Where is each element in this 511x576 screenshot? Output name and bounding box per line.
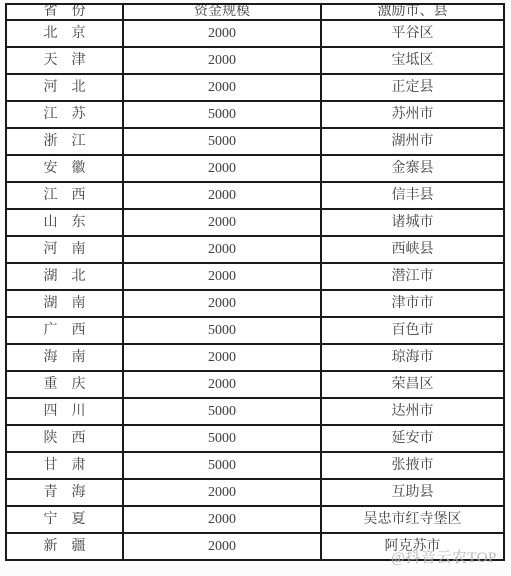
- province-cell: 河 南: [6, 236, 123, 263]
- amount-cell: 2000: [123, 209, 321, 236]
- table-row: 四 川5000达州市: [6, 398, 504, 425]
- table-row: 甘 肃5000张掖市: [6, 452, 504, 479]
- province-cell: 山 东: [6, 209, 123, 236]
- amount-cell: 5000: [123, 101, 321, 128]
- amount-cell: 2000: [123, 155, 321, 182]
- region-cell: 吴忠市红寺堡区: [321, 506, 504, 533]
- amount-cell: 2000: [123, 47, 321, 74]
- province-cell: 安 徽: [6, 155, 123, 182]
- amount-cell: 2000: [123, 479, 321, 506]
- amount-cell: 2000: [123, 290, 321, 317]
- table-row: 江 苏5000苏州市: [6, 101, 504, 128]
- amount-cell: 2000: [123, 371, 321, 398]
- header-amount: 资金规模: [123, 4, 321, 20]
- region-cell: 潜江市: [321, 263, 504, 290]
- table-row: 新 疆2000阿克苏市: [6, 533, 504, 560]
- province-cell: 甘 肃: [6, 452, 123, 479]
- province-cell: 重 庆: [6, 371, 123, 398]
- amount-cell: 2000: [123, 74, 321, 101]
- amount-cell: 2000: [123, 344, 321, 371]
- region-cell: 百色市: [321, 317, 504, 344]
- region-cell: 琼海市: [321, 344, 504, 371]
- amount-cell: 5000: [123, 452, 321, 479]
- table-row: 天 津2000宝坻区: [6, 47, 504, 74]
- province-cell: 海 南: [6, 344, 123, 371]
- table-row: 北 京2000平谷区: [6, 20, 504, 47]
- amount-cell: 2000: [123, 182, 321, 209]
- table-row: 山 东2000诸城市: [6, 209, 504, 236]
- province-cell: 湖 南: [6, 290, 123, 317]
- region-cell: 诸城市: [321, 209, 504, 236]
- region-cell: 达州市: [321, 398, 504, 425]
- table-row: 湖 北2000潜江市: [6, 263, 504, 290]
- province-cell: 北 京: [6, 20, 123, 47]
- table-row: 江 西2000信丰县: [6, 182, 504, 209]
- province-cell: 江 西: [6, 182, 123, 209]
- header-row: 省 份 资金规模 激励市、县: [6, 4, 504, 20]
- table-row: 广 西5000百色市: [6, 317, 504, 344]
- region-cell: 阿克苏市: [321, 533, 504, 560]
- region-cell: 苏州市: [321, 101, 504, 128]
- table-row: 河 南2000西峡县: [6, 236, 504, 263]
- amount-cell: 5000: [123, 317, 321, 344]
- province-cell: 宁 夏: [6, 506, 123, 533]
- table-row: 重 庆2000荣昌区: [6, 371, 504, 398]
- region-cell: 荣昌区: [321, 371, 504, 398]
- region-cell: 金寨县: [321, 155, 504, 182]
- header-region: 激励市、县: [321, 4, 504, 20]
- amount-cell: 5000: [123, 128, 321, 155]
- amount-cell: 2000: [123, 533, 321, 560]
- province-cell: 陕 西: [6, 425, 123, 452]
- table-row: 陕 西5000延安市: [6, 425, 504, 452]
- province-cell: 湖 北: [6, 263, 123, 290]
- region-cell: 平谷区: [321, 20, 504, 47]
- province-cell: 江 苏: [6, 101, 123, 128]
- page: 省 份 资金规模 激励市、县 北 京2000平谷区天 津2000宝坻区河 北20…: [0, 0, 511, 576]
- region-cell: 正定县: [321, 74, 504, 101]
- table-row: 河 北2000正定县: [6, 74, 504, 101]
- province-cell: 四 川: [6, 398, 123, 425]
- header-province: 省 份: [6, 4, 123, 20]
- province-cell: 天 津: [6, 47, 123, 74]
- table-row: 宁 夏2000吴忠市红寺堡区: [6, 506, 504, 533]
- table-body: 北 京2000平谷区天 津2000宝坻区河 北2000正定县江 苏5000苏州市…: [6, 20, 504, 560]
- region-cell: 延安市: [321, 425, 504, 452]
- amount-cell: 5000: [123, 398, 321, 425]
- province-cell: 浙 江: [6, 128, 123, 155]
- table-row: 海 南2000琼海市: [6, 344, 504, 371]
- province-cell: 新 疆: [6, 533, 123, 560]
- region-cell: 宝坻区: [321, 47, 504, 74]
- table-header: 省 份 资金规模 激励市、县: [6, 4, 504, 20]
- region-cell: 张掖市: [321, 452, 504, 479]
- region-cell: 互助县: [321, 479, 504, 506]
- region-cell: 西峡县: [321, 236, 504, 263]
- amount-cell: 2000: [123, 263, 321, 290]
- amount-cell: 2000: [123, 236, 321, 263]
- region-cell: 津市市: [321, 290, 504, 317]
- incentive-funds-table: 省 份 资金规模 激励市、县 北 京2000平谷区天 津2000宝坻区河 北20…: [5, 3, 505, 561]
- province-cell: 河 北: [6, 74, 123, 101]
- region-cell: 湖州市: [321, 128, 504, 155]
- province-cell: 青 海: [6, 479, 123, 506]
- region-cell: 信丰县: [321, 182, 504, 209]
- amount-cell: 2000: [123, 20, 321, 47]
- amount-cell: 5000: [123, 425, 321, 452]
- table-row: 安 徽2000金寨县: [6, 155, 504, 182]
- table-row: 浙 江5000湖州市: [6, 128, 504, 155]
- province-cell: 广 西: [6, 317, 123, 344]
- amount-cell: 2000: [123, 506, 321, 533]
- table-row: 湖 南2000津市市: [6, 290, 504, 317]
- table-row: 青 海2000互助县: [6, 479, 504, 506]
